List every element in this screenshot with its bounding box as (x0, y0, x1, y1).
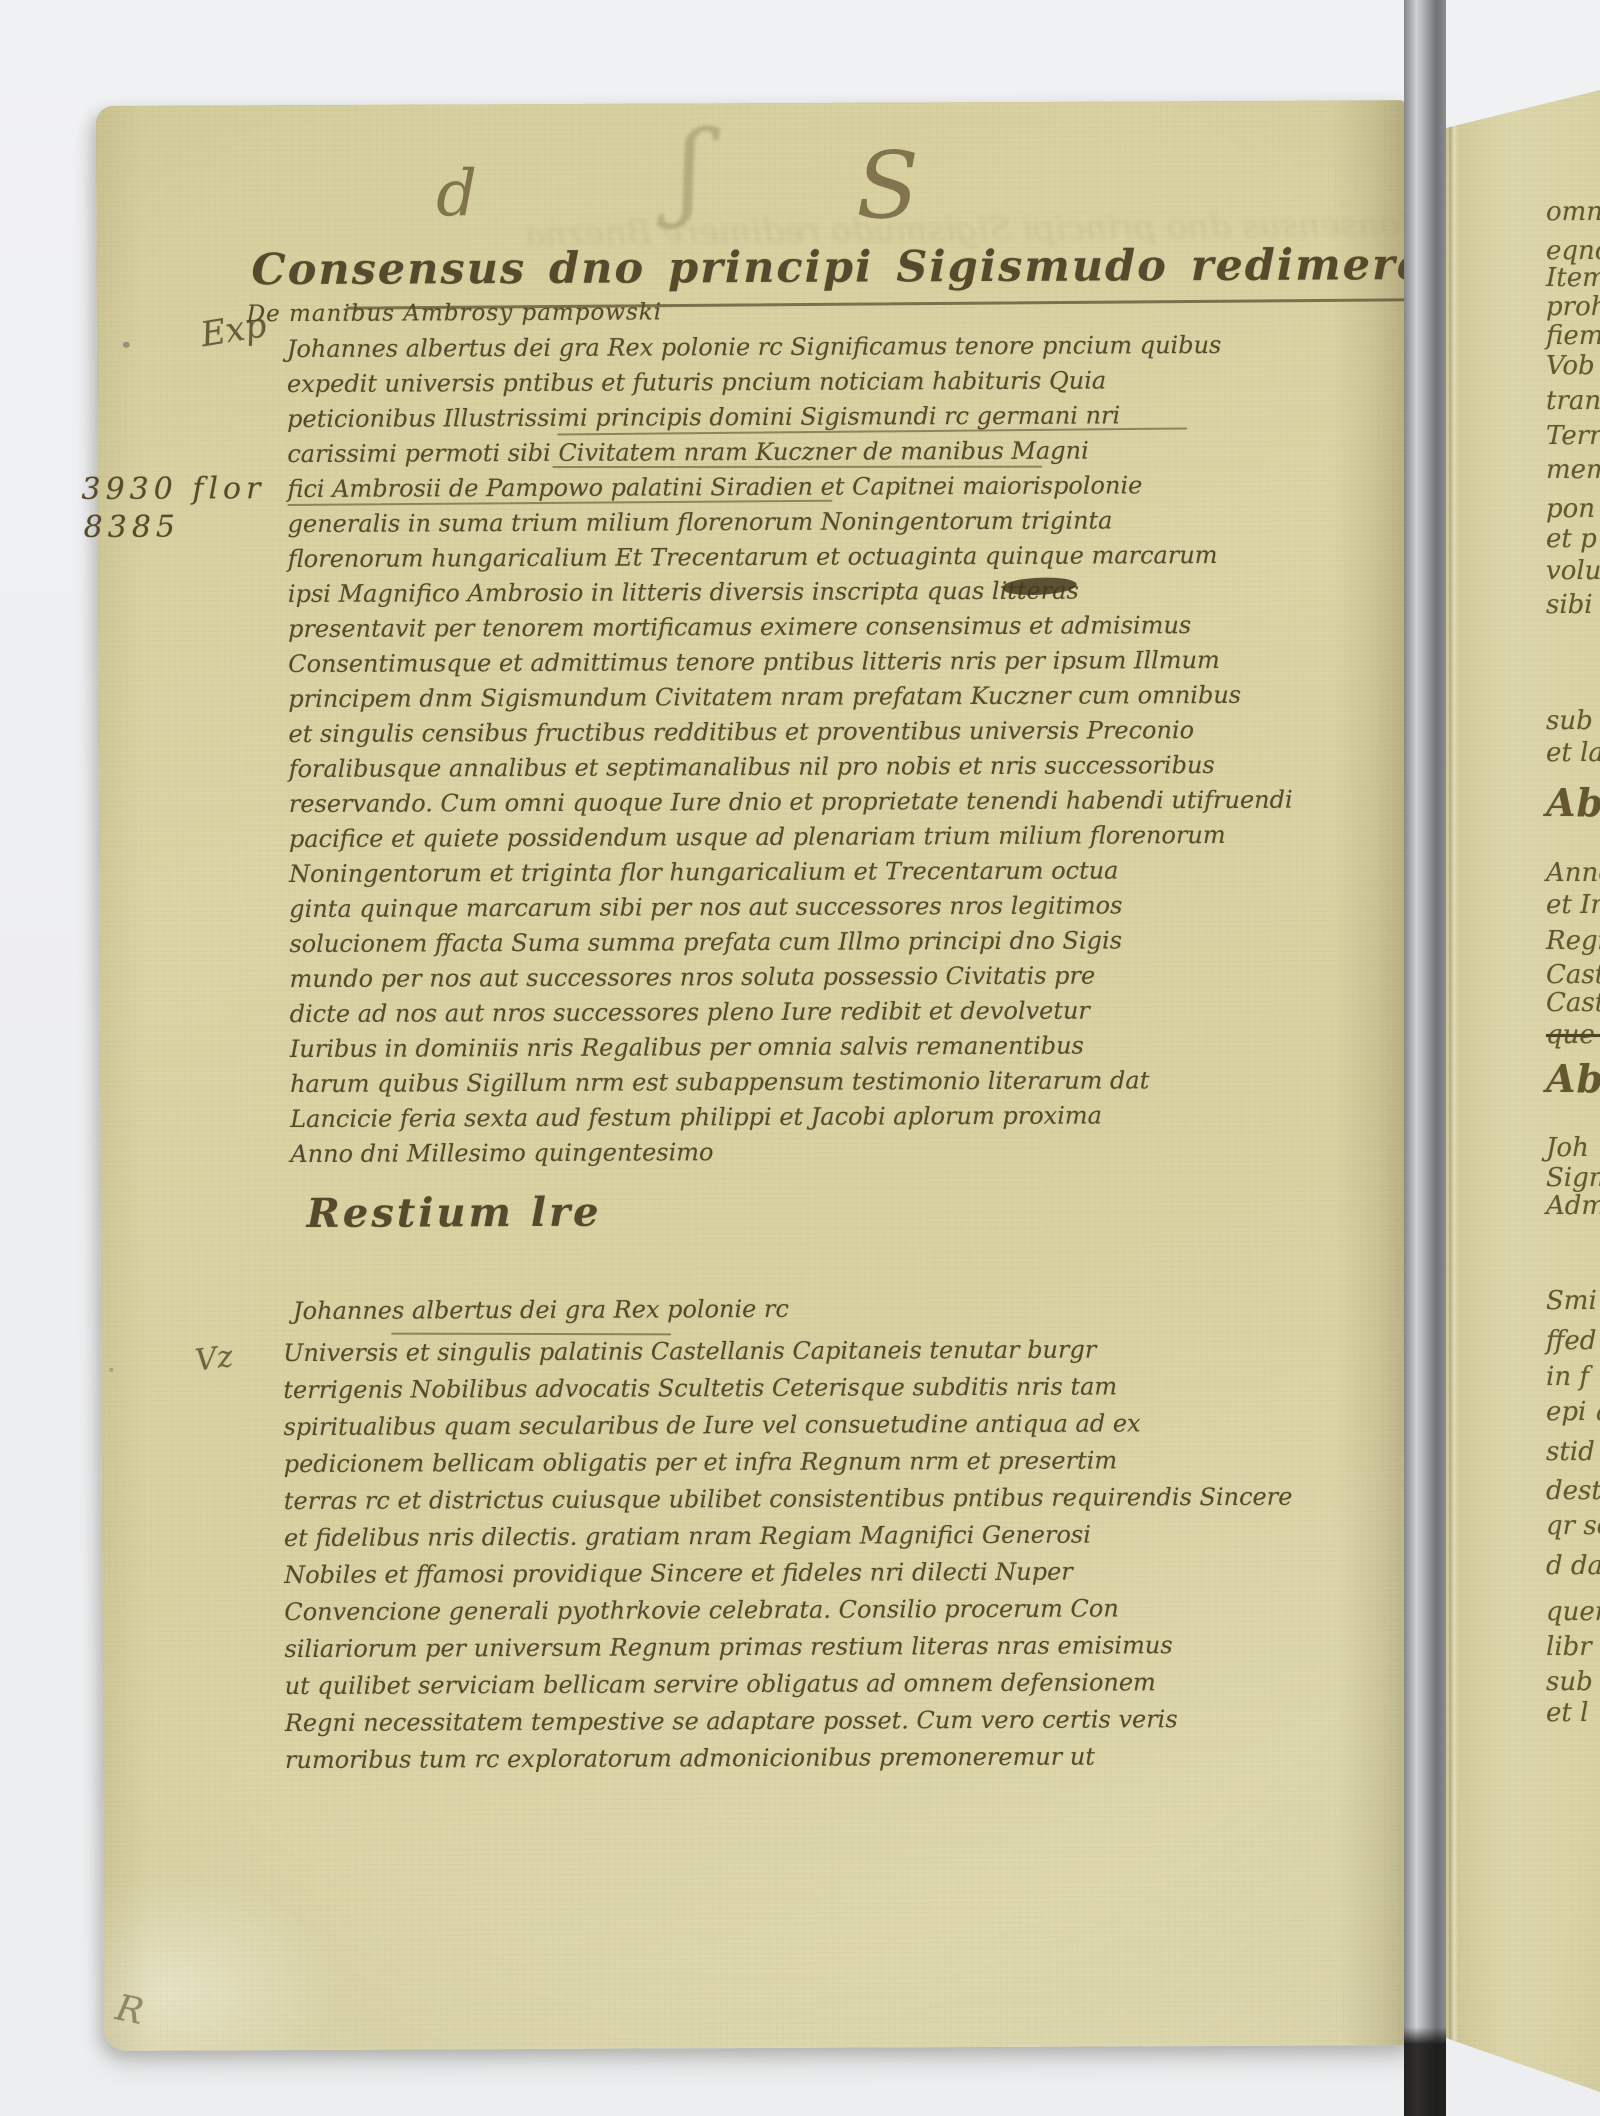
facing-text-fragment: Smi (1546, 1286, 1597, 1316)
facing-text-fragment: destr (1546, 1476, 1600, 1506)
manuscript-line: presentavit per tenorem mortificamus exi… (288, 607, 1418, 647)
facing-text-fragment: epi q (1546, 1397, 1600, 1427)
margin-vz-mark: Vz (193, 1339, 235, 1378)
manuscript-line: terras rc et districtus cuiusque ubilibe… (284, 1478, 1424, 1520)
facing-text-fragment: et p (1546, 524, 1597, 554)
facing-text-fragment: in f (1546, 1362, 1589, 1392)
facing-text-fragment: Item (1546, 263, 1600, 293)
facing-text-fragment: Terr (1546, 421, 1600, 451)
manuscript-line: dicte ad nos aut nros successores pleno … (290, 992, 1420, 1032)
facing-text-fragment: stid (1546, 1437, 1595, 1467)
margin-exp-mark: Exp (198, 305, 269, 355)
scan-background: Consensus dno principi Sigismudo redimer… (0, 0, 1600, 2116)
facing-text-fragment: libr (1546, 1632, 1592, 1662)
manuscript-page-left: Consensus dno principi Sigismudo redimer… (96, 100, 1414, 2051)
page-crease (1449, 0, 1458, 2116)
facing-text-fragment: Sign (1546, 1163, 1600, 1193)
facing-text-fragment: Regia (1546, 926, 1600, 956)
facing-text-fragment: prohib (1546, 292, 1600, 322)
manuscript-line: spiritualibus quam secularibus de Iure v… (283, 1404, 1423, 1446)
manuscript-line: Noningentorum et triginta flor hungarica… (289, 852, 1419, 892)
entry2-text: Universis et singulis palatinis Castella… (283, 1330, 1425, 1779)
facing-text-fragment: tran (1546, 386, 1600, 416)
facing-text-fragment: Vob (1546, 351, 1595, 381)
manuscript-line: generalis in suma trium milium florenoru… (288, 502, 1418, 542)
manuscript-line: ut quilibet serviciam bellicam servire o… (285, 1663, 1425, 1705)
facing-text-fragment: fiem (1546, 321, 1600, 351)
facing-text-fragment: pon (1546, 494, 1595, 524)
manuscript-line: ipsi Magnifico Ambrosio in litteris dive… (288, 572, 1418, 612)
pen-flourish-icon: ʃ (676, 117, 705, 222)
facing-text-fragment: d dat (1546, 1551, 1600, 1581)
manuscript-line: et singulis censibus fructibus redditibu… (288, 712, 1418, 752)
entry-subtitle: De manibus Ambrosy pampowski (247, 299, 663, 327)
facing-text-fragment: Abz (1546, 1056, 1600, 1101)
facing-text-fragment: que o (1546, 1020, 1600, 1050)
manuscript-line: harum quibus Sigillum nrm est subappensu… (290, 1062, 1420, 1102)
facing-text-fragment: Abso (1546, 780, 1600, 825)
manuscript-line: Regni necessitatem tempestive se adaptar… (285, 1700, 1425, 1742)
facing-text-fragment: Castr (1546, 960, 1600, 990)
facing-text-fragment: ffed (1546, 1326, 1596, 1356)
facing-text-fragment: volu (1546, 556, 1600, 586)
book-clasp-rod (1404, 0, 1446, 2116)
manuscript-line: reservando. Cum omni quoque Iure dnio et… (289, 782, 1419, 822)
manuscript-line: Nobiles et ffamosi providique Sincere et… (284, 1552, 1424, 1594)
manuscript-line: foralibusque annalibus et septimanalibus… (289, 747, 1419, 787)
manuscript-line: principem dnm Sigismundum Civitatem nram… (288, 677, 1418, 717)
manuscript-line: Anno dni Millesimo quingentesimo (290, 1132, 1420, 1172)
facing-text-fragment: Admi (1546, 1191, 1600, 1221)
manuscript-line: Lancicie feria sexta aud festum philippi… (290, 1097, 1420, 1137)
section-heading: Restium lre (306, 1189, 601, 1237)
facing-text-fragment: et In (1546, 890, 1600, 920)
facing-text-fragment: sibi (1546, 590, 1593, 620)
manuscript-line: solucionem ffacta Suma summa prefata cum… (289, 922, 1419, 962)
manuscript-line: expedit universis pntibus et futuris pnc… (287, 362, 1417, 402)
facing-text-fragment: eqno (1546, 236, 1600, 266)
facing-text-fragment: et la (1546, 738, 1600, 768)
ink-underline (552, 466, 1042, 468)
facing-text-fragment: et l (1546, 1698, 1588, 1728)
ink-speck (109, 1368, 113, 1372)
manuscript-line: Universis et singulis palatinis Castella… (283, 1330, 1423, 1372)
entry1-text: Johannes albertus dei gra Rex polonie rc… (287, 327, 1421, 1172)
manuscript-line: Iuribus in dominiis nris Regalibus per o… (290, 1027, 1420, 1067)
page-edge-shading (96, 106, 150, 2051)
facing-text-fragment: sub m (1546, 1667, 1600, 1697)
facing-text-fragment: quem (1546, 1597, 1600, 1627)
facing-text-fragment: qr so (1546, 1511, 1600, 1541)
manuscript-line: rumoribus tum rc exploratorum admonicion… (285, 1737, 1425, 1779)
facing-text-fragment: Castr (1546, 988, 1600, 1018)
entry2-salutation: Johannes albertus dei gra Rex polonie rc (293, 1295, 789, 1325)
facing-text-fragment: Anno (1546, 858, 1600, 888)
manuscript-line: Consentimusque et admittimus tenore pnti… (288, 642, 1418, 682)
facing-text-fragment: Joh (1546, 1133, 1589, 1163)
margin-amount-florins: 3930 flor (81, 471, 265, 507)
entry-title: Consensus dno principi Sigismudo redimer… (251, 239, 1600, 295)
facing-text-fragment: omne (1546, 197, 1600, 227)
margin-amount-marks: 8385 (84, 510, 181, 545)
manuscript-page-right: omneeqnoItemprohibfiemVobtranTerrmempone… (1446, 0, 1600, 2116)
manuscript-line: siliariorum per universum Regnum primas … (284, 1626, 1424, 1668)
manuscript-line: Johannes albertus dei gra Rex polonie rc… (287, 327, 1417, 367)
manuscript-line: florenorum hungaricalium Et Trecentarum … (288, 537, 1418, 577)
manuscript-line: pedicionem bellicam obligatis per et inf… (284, 1441, 1424, 1483)
manuscript-line: mundo per nos aut successores nros solut… (290, 957, 1420, 997)
facing-text-fragment: sub p (1546, 706, 1600, 736)
facing-text-fragment: mem (1546, 455, 1600, 485)
manuscript-line: et fidelibus nris dilectis. gratiam nram… (284, 1515, 1424, 1557)
manuscript-line: ginta quinque marcarum sibi per nos aut … (289, 887, 1419, 927)
manuscript-line: Convencione generali pyothrkovie celebra… (284, 1589, 1424, 1631)
manuscript-line: pacifice et quiete possidendum usque ad … (289, 817, 1419, 857)
manuscript-line: terrigenis Nobilibus advocatis Scultetis… (283, 1367, 1423, 1409)
manuscript-line: fici Ambrosii de Pampowo palatini Siradi… (287, 467, 1417, 507)
ink-speck (123, 342, 130, 348)
